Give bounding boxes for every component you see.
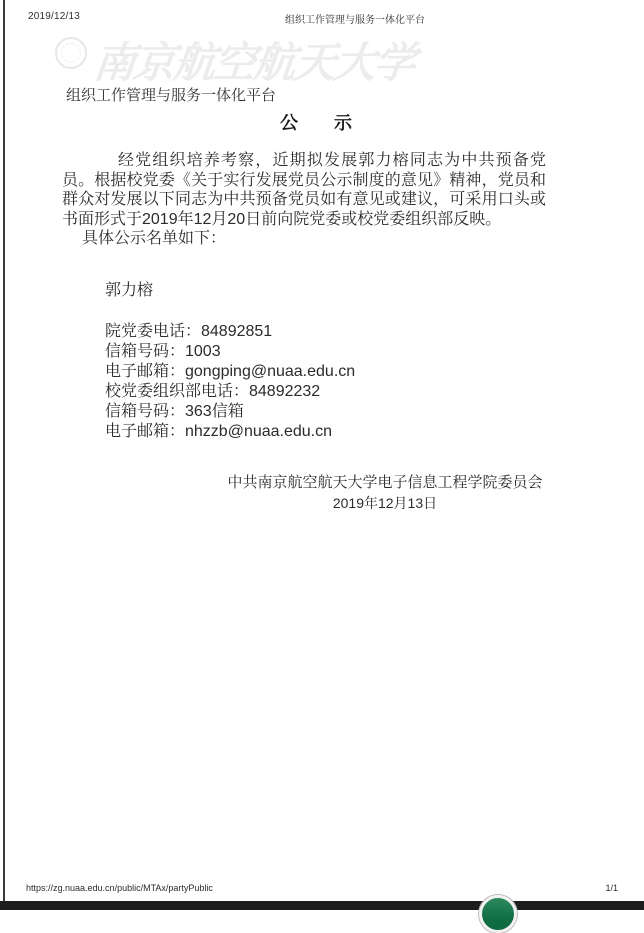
contact-info-block: 院党委电话：84892851 信箱号码：1003 电子邮箱：gongping@n… xyxy=(105,322,545,442)
list-intro: 具体公示名单如下： xyxy=(82,229,226,249)
page-left-border xyxy=(3,0,5,901)
university-watermark-text: 南京航空航天大学 xyxy=(91,30,437,90)
notice-body-paragraph: 经党组织培养考察，近期拟发展郭力榕同志为中共预备党员。根据校党委《关于实行发展党… xyxy=(62,151,546,229)
signature-block: 中共南京航空航天大学电子信息工程学院委员会 2019年12月13日 xyxy=(135,473,635,513)
contact-line-email: 电子邮箱：gongping@nuaa.edu.cn xyxy=(105,362,545,382)
candidate-name: 郭力榕 xyxy=(105,277,153,300)
university-emblem-icon xyxy=(55,37,87,69)
print-header-title: 组织工作管理与服务一体化平台 xyxy=(285,11,425,26)
print-header-date: 2019/12/13 xyxy=(28,11,80,22)
contact-line-college-phone: 院党委电话：84892851 xyxy=(105,322,545,342)
signature-organization: 中共南京航空航天大学电子信息工程学院委员会 xyxy=(135,473,635,493)
signature-date: 2019年12月13日 xyxy=(135,493,635,513)
notice-title: 公 示 xyxy=(62,109,570,135)
print-footer-url: https://zg.nuaa.edu.cn/public/MTAx/party… xyxy=(26,883,213,893)
page-indicator: 1/1 xyxy=(574,883,618,893)
university-emblem-inner-ring xyxy=(61,43,81,63)
contact-line-org-mailbox-number: 信箱号码：363信箱 xyxy=(105,402,545,422)
back-to-top-button[interactable] xyxy=(479,895,517,910)
contact-line-mailbox-number: 信箱号码：1003 xyxy=(105,342,545,362)
platform-title: 组织工作管理与服务一体化平台 xyxy=(66,84,276,105)
window-bottom-edge xyxy=(0,901,644,910)
contact-line-org-email: 电子邮箱：nhzzb@nuaa.edu.cn xyxy=(105,422,545,442)
contact-line-org-dept-phone: 校党委组织部电话：84892232 xyxy=(105,382,545,402)
